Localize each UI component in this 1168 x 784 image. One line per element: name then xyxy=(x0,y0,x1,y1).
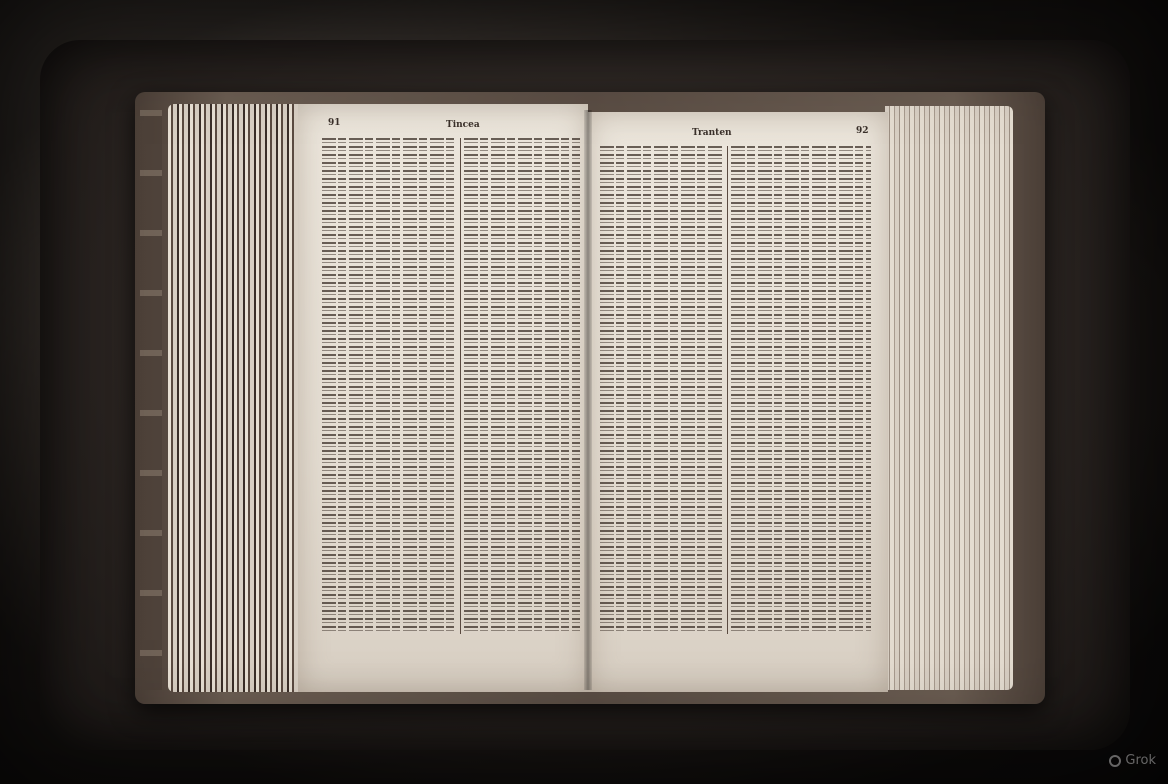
right-running-head: Tranten xyxy=(692,128,732,138)
text-column xyxy=(731,146,871,634)
column-rule xyxy=(460,138,461,634)
left-page: 91 Tincea xyxy=(298,104,588,692)
right-page: Tranten 92 xyxy=(588,112,888,692)
book-spine xyxy=(140,110,162,690)
watermark: Grok xyxy=(1109,753,1156,768)
watermark-text: Grok xyxy=(1125,753,1156,768)
right-page-number: 92 xyxy=(856,126,869,136)
text-column xyxy=(322,138,457,634)
text-column xyxy=(600,146,724,634)
book-gutter xyxy=(584,110,592,690)
left-running-head: Tincea xyxy=(446,120,480,130)
left-page-edges xyxy=(168,104,298,692)
column-rule xyxy=(727,146,728,634)
text-column xyxy=(464,138,580,634)
right-page-edges xyxy=(885,106,1013,690)
left-page-number: 91 xyxy=(328,118,341,128)
grok-logo-icon xyxy=(1109,755,1121,767)
